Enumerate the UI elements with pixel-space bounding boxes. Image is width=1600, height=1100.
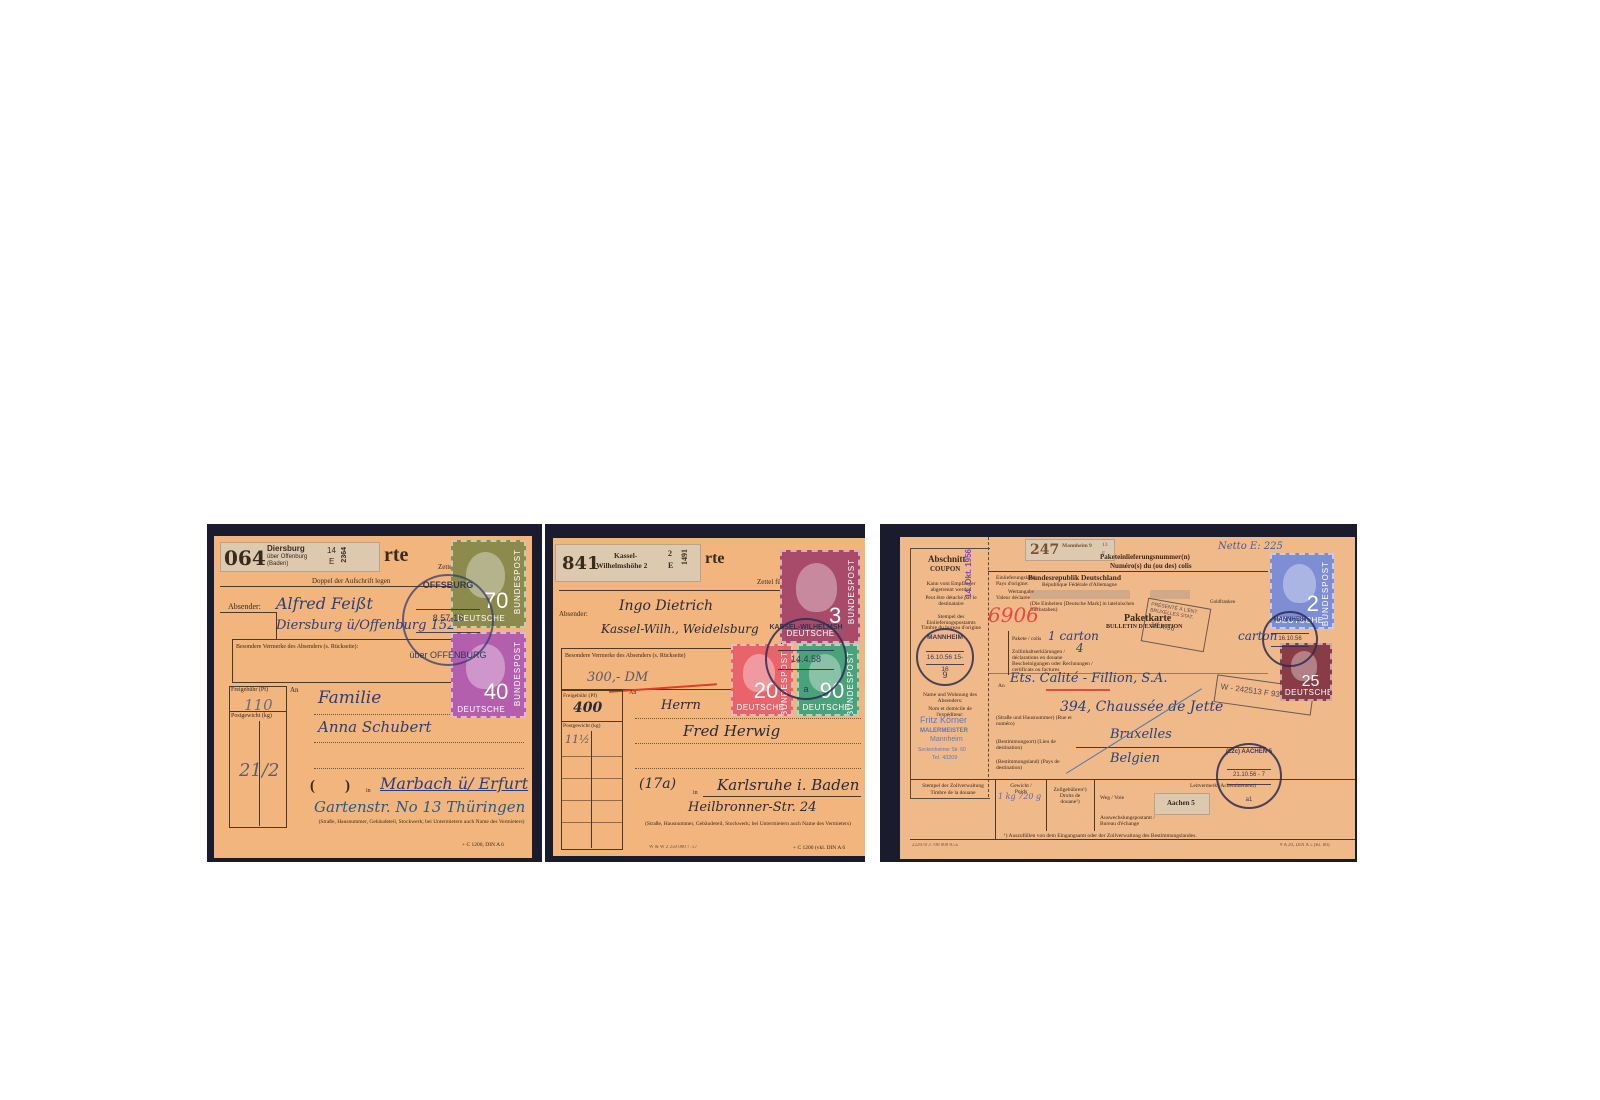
city-label: (Bestimmungsort) (Lieu de destination) [996,739,1076,751]
red-handwritten-number: 6906 [988,603,1039,627]
rect-stamp-bruxelles: PRÉSENTÉ À L'ENT. BRUXELLES STAT. 19.X.5… [1141,598,1212,652]
origin-value: Bundesrepublik Deutschland [1028,573,1121,582]
sender-stamp-street: Seckenheimer Str. 60 [918,747,966,753]
postal-zone-paren: ( ) [310,778,350,795]
postmark-date: 16.10.56 [1278,636,1301,642]
divider [988,537,990,797]
stamp-value: 40 [484,679,508,705]
wert-field [1150,590,1190,599]
zoll-stamp-label-fr: Timbre de la douane [918,790,988,796]
footer-right: # A 20, DIN A 5 (Kl. 80) [1280,843,1330,848]
auswechsel-label: Auswechslungspostamt / Bureau d'échange [1100,815,1170,827]
parcel-card-kassel: 841 Kassel- Wilhelmshöhe 2 2 E 1491 rte … [553,538,865,856]
postgewicht-label: Postgewicht (kg) [563,723,600,729]
absender-label: Absender: [228,602,261,611]
origin-value-fr: République Fédérale d'Allemagne [1042,582,1117,588]
aachen-label: Aachen 5 [1154,793,1210,815]
divider [703,796,861,797]
recipient-name: Ets. Calité - Fillion, S.A. [1010,671,1167,686]
label-place: Kassel- [614,551,637,560]
paketkarte-international: Abschnitt COUPON Kann vom Empfänger abge… [900,537,1355,859]
postal-zone: (17a) [639,776,676,792]
label-serial: 1491 [680,549,689,565]
divider [1046,779,1047,831]
freigebuehr-label: Freigebühr (Pf) [231,687,268,693]
footer-left: 222078 3 700 000 8.55 [912,843,958,848]
stamp-country: DEUTSCHE [1285,688,1332,697]
rect-stamp-text: W - 242513 F 9383 [1220,682,1289,700]
parcel-card-diersburg: 064 Diersburg über Offenburg (Baden) 14 … [214,536,532,858]
coupon-subtitle: COUPON [930,565,960,573]
country-value: Belgien [1110,751,1160,766]
violet-date-stamp: 14. Okt. 1956 [964,549,973,598]
freigebuehr-label: Freigebühr (Pf) [563,693,597,699]
label-number: 247 [1030,542,1059,558]
sender-stamp-phone: Tel. 43209 [932,755,957,761]
sender-stamp-name: Fritz Körner [920,715,967,725]
gold-label: Goldfranken [1210,600,1235,605]
aachen-label-text: Aachen 5 [1167,799,1195,807]
red-underline [1046,689,1110,691]
stamp-country: DEUTSCHE [457,705,505,714]
label-place: Diersburg [267,544,305,553]
freigebuehr-value: 400 [573,700,602,716]
postmark-top: MANNHEIM [918,634,972,641]
label-letter: E [329,557,334,566]
wert-field [1030,590,1130,599]
coupon-text: Peut être détaché par le destinataire [918,595,984,607]
coupon-title: Abschnitt [928,554,966,564]
registration-label: 064 Diersburg über Offenburg (Baden) 14 … [220,542,380,572]
divider [561,822,622,823]
label-number: 064 [224,546,266,570]
stamp-value: 2 [1307,591,1319,617]
zollgebuehr-label: Zollgebühren¹) Droits de douane¹) [1050,787,1090,805]
label-code: 2 [668,549,672,558]
stamp-side: BUNDESPOST [846,651,855,716]
label-serial: 2364 [341,547,348,563]
recipient-line1: Herrn [661,698,701,713]
postmark-date: 8.57-16 [433,613,464,623]
coupon-postmark-mannheim: MANNHEIM 16.10.56 15-16 9 [916,628,974,686]
divider [561,778,622,779]
divider [995,779,996,839]
divider [635,768,861,769]
street-label: (Straße und Hausnummer) (Rue et numéro) [996,715,1076,727]
label-region: (Baden) [267,561,288,567]
label-code: 13 [1102,542,1108,548]
colis-label: Pakete / colis [1012,636,1041,642]
footer-code: + C 1200, DIN A 6 [462,842,504,848]
divider [910,779,1355,780]
postmark-date: 14.4.58 [791,654,821,664]
postmark-aachen: (22c) AACHEN 5 21.10.56 - 7 a1 [1216,743,1282,809]
stamp-side: BUNDESPOST [1321,561,1330,626]
divider [229,711,286,712]
an-label: An [629,690,636,696]
postgewicht-label: Postgewicht (kg) [231,713,272,719]
divider [988,571,1268,572]
recipient-street: Gartenstr. No 13 Thüringen [314,798,525,816]
vermerke-label: Besondere Vermerke des Absenders (s. Rüc… [565,653,686,659]
recipient-line1: Familie [318,688,381,708]
stamp-side: BUNDESPOST [847,559,856,624]
in-label: in [693,790,698,796]
label-place2: Wilhelmshöhe 2 [596,561,647,570]
wert-note: (Die Einheiten [Deutsche Mark] in latein… [1030,601,1150,613]
footer-left: W & W 2 250 000 7. 57 [649,845,697,850]
origin-label-fr: Pays d'origine: [996,581,1029,587]
stamp-country: DEUTSCHE [736,703,784,712]
rect-stamp-text: PRÉSENTÉ À L'ENT. BRUXELLES STAT. [1150,601,1207,623]
postmark-bottom: 9 [918,670,972,680]
stamp-side: BUNDESPOST [513,549,522,614]
postmark-mannheim-stamp: MANNHEIM 16.10.56 [1262,611,1318,667]
divider [561,800,622,801]
divider [1094,779,1095,831]
handwritten-weight-note: Netto E: 225 [1218,541,1283,552]
gewicht-value: 1 kg 720 g [998,792,1041,801]
absender-name: Ingo Dietrich [619,598,713,614]
postmark-top: MANNHEIM [1264,617,1316,623]
coupon-text: Kann vom Empfänger abgetrennt werden [918,581,984,593]
label-number: 841 [562,553,600,574]
label-code: 14 [327,546,336,555]
label-letter: E [668,561,673,570]
recipient-line2: Anna Schubert [318,718,432,736]
postmark-top: OFFSBURG [404,580,492,590]
street-caption: (Straße, Hausnummer, Gebäudeteil, Stockw… [314,819,529,825]
country-label: (Bestimmungsland) (Pays de destination) [996,759,1076,771]
registration-label: 841 Kassel- Wilhelmshöhe 2 2 E 1491 [555,544,701,582]
divider [1008,631,1009,675]
in-label: in [366,788,371,794]
street-caption: (Straße, Hausnummer, Gebäudeteil, Stockw… [633,821,863,827]
divider [561,756,622,757]
an-label: An [290,686,299,694]
zoll-stamp-label: Stempel der Zollverwaltung [918,783,988,789]
recipient-street: Heilbronner-Str. 24 [688,800,816,815]
rect-stamp-date: 19.X.56 [1150,622,1175,633]
card-title: rte [384,544,408,567]
footer-right: + C 1200 (vkl. DIN A 6 [793,845,845,851]
street-value: 394, Chaussée de Jette [1060,699,1223,715]
wertangabe-label-fr: Valeur déclarée [996,595,1030,601]
recipient-city: Karlsruhe i. Baden [717,776,859,794]
postgewicht-value: 11½ [565,733,590,746]
divider [635,743,861,744]
postgewicht-value: 21/2 [239,760,279,781]
absender-label: Absender: [559,610,588,618]
postmark-bottom: a1 [1218,797,1280,803]
divider [910,839,1355,840]
divider [220,612,276,613]
header-title: Paketeinlieferungsnummer(n) [1100,553,1190,561]
weg-label: Weg / Voie [1100,795,1124,801]
zoll-label: Zollinhaltserklärungen / déclarations en… [1012,649,1092,661]
postmark-top: KASSEL-WILHELMSH [767,624,845,631]
label-via: über Offenburg [267,554,307,560]
postmark-bottom: a [767,684,845,694]
postmark-offenburg: OFFSBURG 8.57-16 über OFFENBURG [402,574,494,666]
sender-stamp-city: Mannheim [930,736,963,743]
colis-value: 1 carton [1048,629,1099,643]
sender-stamp-trade: MALERMEISTER [920,728,968,734]
recipient-city: Marbach ü/ Erfurt [380,774,528,793]
absender-name: Alfred Feißt [276,594,373,613]
divider [559,590,781,591]
card-title: rte [705,550,725,568]
vermerke-value: 300,- DM [587,670,648,685]
divider [314,768,524,769]
header-subtitle: Numéro(s) du (ou des) colis [1110,562,1192,570]
postmark-bottom: über OFFENBURG [404,650,492,660]
postmark-date: 21.10.56 - 7 [1233,772,1265,778]
recipient-line2: Fred Herwig [683,722,780,740]
stamp-country: DEUTSCHE [802,703,850,712]
divider [591,731,592,848]
postmark-kassel: KASSEL-WILHELMSH 14.4.58 a [765,618,847,700]
label-place: Mannheim 9 [1062,543,1092,549]
stamp-side: BUNDESPOST [513,641,522,706]
sender-label: Name und Wohnung des Absenders: [916,692,984,704]
vermerke-label: Besondere Vermerke des Absenders (s. Rüc… [236,644,358,650]
an-label: An [998,683,1005,689]
absender-address: Kassel-Wilh., Weidelsburg [601,622,759,636]
divider [561,721,622,722]
divider [314,742,524,743]
divider [635,718,861,719]
divider [276,612,277,639]
postmark-top: (22c) AACHEN 5 [1218,749,1280,755]
doppel-text: Doppel der Aufschrift legen [312,577,390,585]
